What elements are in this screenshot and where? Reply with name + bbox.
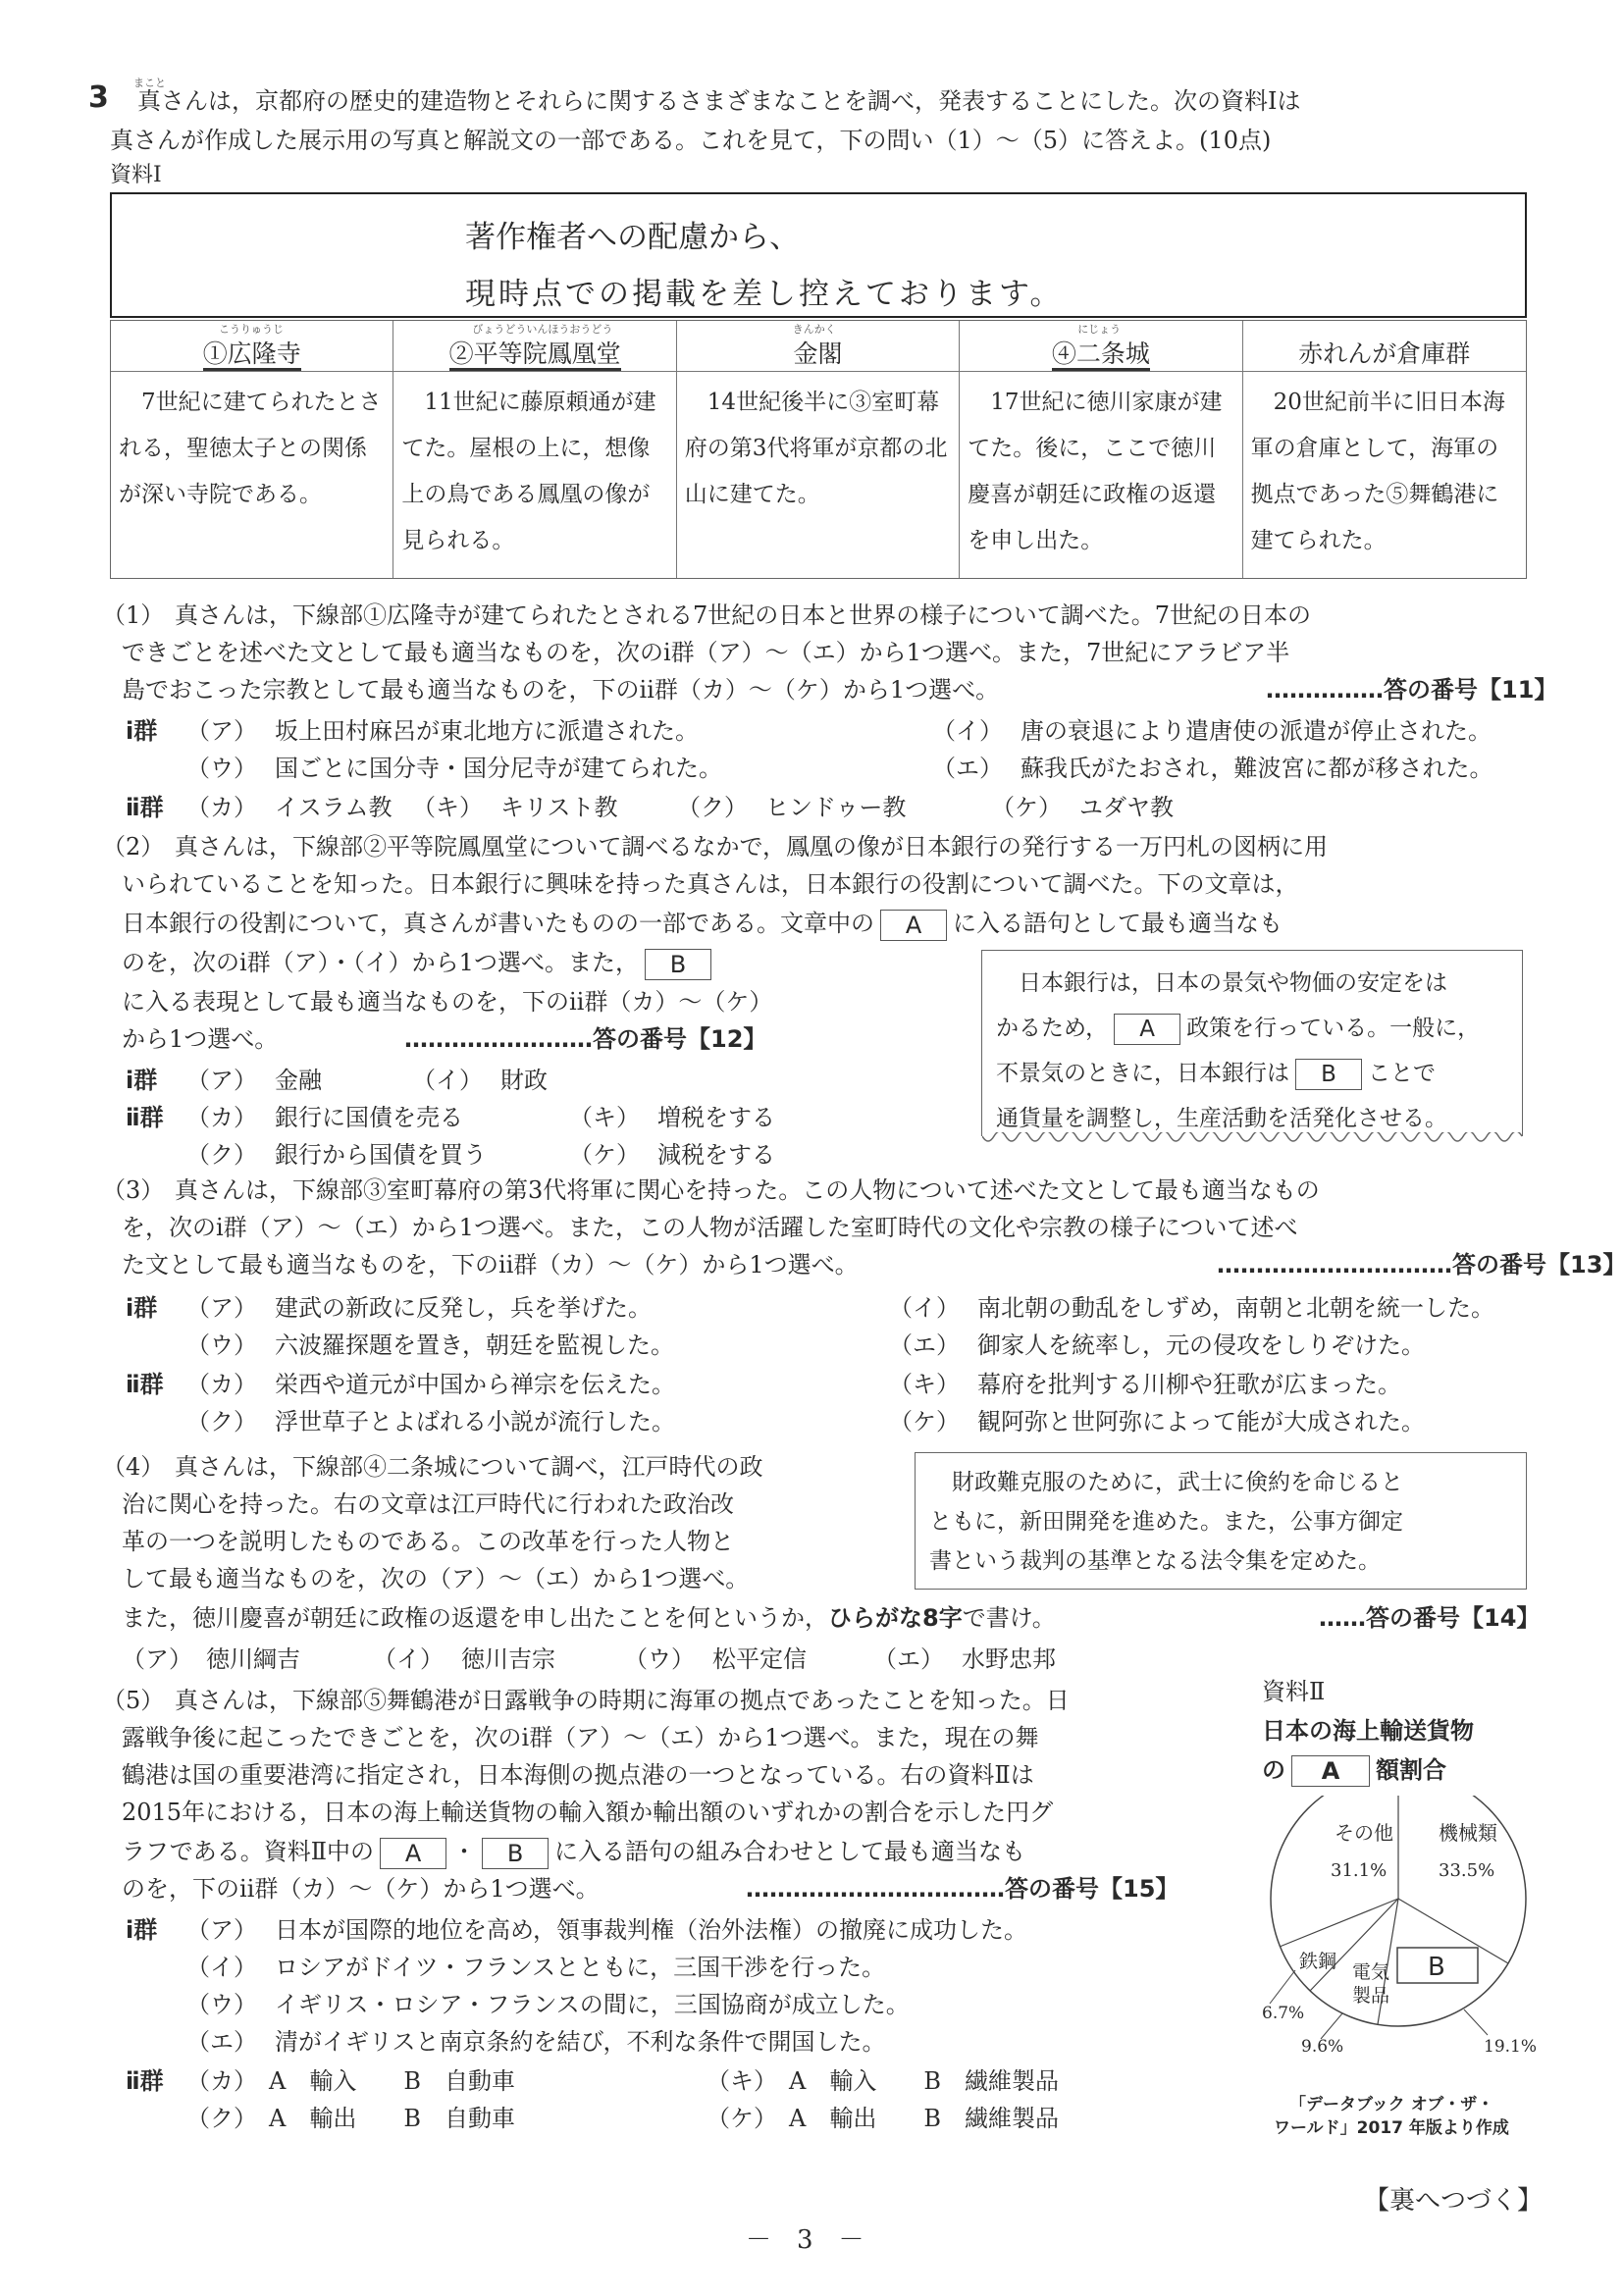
q2-group1-label: ⅰ群	[126, 1066, 157, 1095]
pie-label-electric: 電気製品	[1352, 1960, 1395, 2008]
q1-text-2: できごとを述べた文として最も適当なものを，次のⅰ群（ア）〜（エ）から1つ選べ。ま…	[122, 638, 1289, 667]
q1-option: （イ）	[932, 716, 1003, 746]
q3-option-text: 六波羅探題を置き，朝廷を監視した。	[275, 1331, 674, 1360]
q5-combo-option: （ケ） A 輸出 B 繊維製品	[707, 2104, 1059, 2133]
pie-value-electric: 9.6%	[1301, 2037, 1343, 2057]
q5-text-5: ラフである。資料Ⅱ中のA・Bに入る語句の組み合わせとして最も適当なも	[122, 1837, 1025, 1869]
copyright-notice-box: 著作権者への配慮から、 現時点での掲載を差し控えております。	[110, 192, 1527, 318]
buildings-table: こうりゅうじ①広隆寺 びょうどういんほうおうどう②平等院鳳凰堂 きんかく金閣 に…	[110, 320, 1527, 579]
q4-option: （イ）	[373, 1644, 444, 1674]
q2-option-text: 財政	[500, 1066, 548, 1095]
q2-text-6: から1つ選べ。	[122, 1024, 278, 1054]
q3-answer-number: …………………………答の番号【13】	[1217, 1250, 1623, 1279]
table-body-cell: 17世紀に徳川家康が建てた。後に，ここで徳川慶喜が朝廷に政権の返還を申し出た。	[960, 372, 1242, 578]
q5-group1-label: ⅰ群	[126, 1915, 157, 1945]
box-b: B	[482, 1838, 549, 1869]
pie-value-other: 31.1%	[1331, 1860, 1387, 1881]
q1-option: （ケ）	[991, 793, 1062, 822]
q3-option: （ク）	[186, 1407, 257, 1436]
q1-group2-label: ⅱ群	[126, 793, 164, 822]
q1-option-text: 坂上田村麻呂が東北地方に派遣された。	[275, 716, 699, 746]
page-number: － 3 －	[746, 2219, 864, 2256]
q3-text-3: た文として最も適当なものを，下のⅱ群（カ）〜（ケ）から1つ選べ。	[122, 1250, 859, 1279]
q2-option-text: 銀行に国債を売る	[275, 1103, 463, 1132]
q2-option-text: 金融	[275, 1066, 322, 1095]
q2-option-text: 減税をする	[657, 1140, 775, 1170]
q5-answer-number: ……………………………答の番号【15】	[746, 1874, 1178, 1904]
q1-text-3: 島でおこった宗教として最も適当なものを，下のⅱ群（カ）〜（ケ）から1つ選べ。	[122, 675, 999, 704]
pie-label-b: B	[1428, 1953, 1445, 1982]
question-number: 3	[88, 80, 109, 115]
q1-option: （ア）	[186, 716, 257, 746]
box-a: A	[1291, 1755, 1370, 1787]
q4-option: （ア）	[122, 1644, 192, 1674]
q5-text-3: 鶴港は国の重要港湾に指定され，日本海側の拠点港の一つとなっている。右の資料Ⅱは	[122, 1760, 1034, 1790]
pie-label-other: その他	[1335, 1817, 1393, 1846]
q2-text-4: のを，次のⅰ群（ア）・（イ）から1つ選べ。また，B	[122, 948, 717, 980]
q3-option-text: 観阿弥と世阿弥によって能が大成された。	[977, 1407, 1425, 1436]
wavy-border-decoration	[982, 1132, 1522, 1146]
material-2-pie-chart: 資料Ⅱ 日本の海上輸送貨物 のA額割合 機械類 33.5% その他 31.1% …	[1256, 1668, 1550, 2149]
q2-text-1: 真さんは，下線部②平等院鳳凰堂について調べるなかで，鳳凰の像が日本銀行の発行する…	[175, 832, 1328, 861]
q4-text-4: して最も適当なものを，次の（ア）〜（エ）から1つ選べ。	[122, 1564, 749, 1593]
box-a: A	[880, 910, 947, 941]
q1-answer-number: ……………答の番号【11】	[1266, 675, 1557, 704]
material-1-label: 資料Ⅰ	[110, 161, 162, 190]
q1-option-text: ユダヤ教	[1079, 793, 1174, 822]
box-b: B	[645, 949, 711, 980]
q4-option: （ウ）	[624, 1644, 695, 1674]
q5-option: （ウ）	[186, 1990, 257, 2019]
q4-option: （エ）	[873, 1644, 944, 1674]
table-body-cell: 11世紀に藤原頼通が建てた。屋根の上に，想像上の鳥である鳳凰の像が見られる。	[393, 372, 676, 578]
q4-option-text: 水野忠邦	[962, 1644, 1056, 1674]
q5-option-text: イギリス・ロシア・フランスの間に，三国協商が成立した。	[275, 1990, 910, 2019]
pie-value-machinery: 33.5%	[1439, 1860, 1494, 1881]
q3-option: （キ）	[889, 1370, 960, 1399]
q3-text-2: を，次のⅰ群（ア）〜（エ）から1つ選べ。また，この人物が活躍した室町時代の文化や…	[122, 1213, 1297, 1242]
table-header-cell: びょうどういんほうおうどう②平等院鳳凰堂	[393, 321, 676, 372]
notice-line-2: 現時点での掲載を差し控えております。	[465, 269, 1064, 313]
q2-text-2: いられていることを知った。日本銀行に興味を持った真さんは，日本銀行の役割について…	[122, 869, 1299, 899]
q1-option: （キ）	[412, 793, 483, 822]
q2-option-text: 銀行から国債を買う	[275, 1140, 487, 1170]
q2-answer-number: ……………………答の番号【12】	[404, 1024, 766, 1054]
q5-number: （5）	[102, 1686, 164, 1715]
q5-option: （イ）	[186, 1953, 257, 1982]
q3-option: （ウ）	[186, 1331, 257, 1360]
q2-number: （2）	[102, 832, 164, 861]
q5-text-2: 露戦争後に起こったできごとを，次のⅰ群（ア）〜（エ）から1つ選べ。また，現在の舞	[122, 1723, 1038, 1752]
q1-number: （1）	[102, 600, 164, 630]
q3-group1-label: ⅰ群	[126, 1293, 157, 1323]
q4-text-3: 革の一つを説明したものである。この改革を行った人物と	[122, 1527, 734, 1556]
q1-option: （カ）	[186, 793, 257, 822]
pie-value-steel: 6.7%	[1262, 2004, 1304, 2023]
intro-line-1: 真さんは，京都府の歴史的建造物とそれらに関するさまざまなことを調べ，発表すること…	[137, 86, 1300, 116]
q5-combo-option: （カ） A 輸入 B 自動車	[186, 2066, 515, 2096]
intro-line-2: 真さんが作成した展示用の写真と解説文の一部である。これを見て，下の問い（1）〜（…	[110, 126, 1271, 155]
q5-combo-option: （キ） A 輸入 B 繊維製品	[707, 2066, 1059, 2096]
q3-text-1: 真さんは，下線部③室町幕府の第3代将軍に関心を持った。この人物について述べた文と…	[175, 1175, 1320, 1205]
q3-option-text: 建武の新政に反発し，兵を挙げた。	[275, 1293, 652, 1323]
q1-option: （ク）	[677, 793, 748, 822]
q2-group2-label: ⅱ群	[126, 1103, 164, 1132]
q5-option-text: 日本が国際的地位を高め，領事裁判権（治外法権）の撤廃に成功した。	[275, 1915, 1027, 1945]
q5-text-6: のを，下のⅱ群（カ）〜（ケ）から1つ選べ。	[122, 1874, 600, 1904]
q3-option-text: 浮世草子とよばれる小説が流行した。	[275, 1407, 675, 1436]
table-body-cell: 14世紀後半に③室町幕府の第3代将軍が京都の北山に建てた。	[677, 372, 960, 578]
pie-title-line-1: 日本の海上輸送貨物	[1262, 1711, 1474, 1746]
q1-option-text: 唐の衰退により遣唐使の派遣が停止された。	[1021, 716, 1492, 746]
q4-reform-text-box: 財政難克服のために，武士に倹約を命じると ともに，新田開発を進めた。また，公事方…	[915, 1452, 1527, 1590]
q5-group2-label: ⅱ群	[126, 2066, 164, 2096]
q5-option: （ア）	[186, 1915, 257, 1945]
q3-option: （ア）	[186, 1293, 257, 1323]
q3-option: （イ）	[889, 1293, 960, 1323]
q5-text-4: 2015年における，日本の海上輸送貨物の輸入額か輸出額のいずれかの割合を示した円…	[122, 1798, 1053, 1827]
q2-option: （ク）	[186, 1140, 257, 1170]
q3-option-text: 栄西や道元が中国から禅宗を伝えた。	[275, 1370, 675, 1399]
q4-text-1: 真さんは，下線部④二条城について調べ，江戸時代の政	[175, 1452, 763, 1482]
pie-value-b: 19.1%	[1484, 2037, 1537, 2057]
table-body-cell: 7世紀に建てられたとされる，聖徳太子との関係が深い寺院である。	[111, 372, 393, 578]
table-header-cell: きんかく金閣	[677, 321, 960, 372]
pie-label-machinery: 機械類	[1439, 1817, 1497, 1846]
q2-option: （ケ）	[569, 1140, 640, 1170]
table-body-cell: 20世紀前半に旧日本海軍の倉庫として，海軍の拠点であった⑤舞鶴港に建てられた。	[1243, 372, 1526, 578]
box-b: B	[1295, 1059, 1362, 1090]
q2-option: （カ）	[186, 1103, 257, 1132]
q1-option-text: キリスト教	[500, 793, 618, 822]
table-header-cell: にじょう④二条城	[960, 321, 1242, 372]
q2-option: （キ）	[569, 1103, 640, 1132]
q1-text-1: 真さんは，下線部①広隆寺が建てられたとされる7世紀の日本と世界の様子について調べ…	[175, 600, 1311, 630]
q3-option: （カ）	[186, 1370, 257, 1399]
box-a: A	[380, 1838, 446, 1869]
pie-label-steel: 鉄鋼	[1299, 1947, 1336, 1973]
q4-option-text: 徳川吉宗	[461, 1644, 555, 1674]
q3-number: （3）	[102, 1175, 164, 1205]
q1-option-text: 蘇我氏がたおされ，難波宮に都が移された。	[1021, 754, 1492, 783]
q3-option-text: 幕府を批判する川柳や狂歌が広まった。	[977, 1370, 1401, 1399]
q3-option: （ケ）	[889, 1407, 960, 1436]
q2-option-text: 増税をする	[657, 1103, 775, 1132]
box-a: A	[1114, 1014, 1180, 1045]
q1-group1-label: ⅰ群	[126, 716, 157, 746]
q3-option: （エ）	[889, 1331, 960, 1360]
q4-text-5: また，徳川慶喜が朝廷に政権の返還を申し出たことを何というか，ひらがな8字で書け。	[122, 1603, 1056, 1633]
q2-box-line-1: 日本銀行は，日本の景気や物価の安定をは	[996, 961, 1508, 1006]
q2-option: （ア）	[186, 1066, 257, 1095]
q5-option: （エ）	[186, 2027, 257, 2057]
q4-option-text: 徳川綱吉	[206, 1644, 300, 1674]
q2-boj-text-box: 日本銀行は，日本の景気や物価の安定をは かるため，A政策を行っている。一般に， …	[981, 950, 1523, 1136]
q3-option-text: 御家人を統率し，元の侵攻をしりぞけた。	[977, 1331, 1425, 1360]
material-2-label: 資料Ⅱ	[1262, 1672, 1325, 1706]
table-header-cell: 赤れんが倉庫群	[1243, 321, 1526, 372]
q5-option-text: 清がイギリスと南京条約を結び，不利な条件で開国した。	[275, 2027, 886, 2057]
q1-option-text: 国ごとに国分寺・国分尼寺が建てられた。	[275, 754, 722, 783]
pie-source-line-2: ワールド」2017 年版より作成	[1274, 2113, 1509, 2138]
q4-answer-number: ……答の番号【14】	[1319, 1603, 1540, 1633]
q2-text-3: 日本銀行の役割について，真さんが書いたものの一部である。文章中のAに入る語句とし…	[122, 909, 1283, 941]
continue-to-back-notice: 【裏へつづく】	[1364, 2180, 1543, 2217]
table-header-cell: こうりゅうじ①広隆寺	[111, 321, 393, 372]
pie-source-line-1: 「データブック オブ・ザ・	[1289, 2090, 1493, 2114]
q4-text-2: 治に関心を持った。右の文章は江戸時代に行われた政治改	[122, 1489, 734, 1519]
q2-text-5: に入る表現として最も適当なものを，下のⅱ群（カ）〜（ケ）	[122, 987, 772, 1017]
q5-text-1: 真さんは，下線部⑤舞鶴港が日露戦争の時期に海軍の拠点であったことを知った。日	[175, 1686, 1070, 1715]
pie-title-line-2: のA額割合	[1262, 1750, 1446, 1787]
q4-number: （4）	[102, 1452, 164, 1482]
q3-group2-label: ⅱ群	[126, 1370, 164, 1399]
q4-option-text: 松平定信	[712, 1644, 807, 1674]
q3-option-text: 南北朝の動乱をしずめ，南朝と北朝を統一した。	[977, 1293, 1494, 1323]
q1-option-text: ヒンドゥー教	[765, 793, 906, 822]
notice-line-1: 著作権者への配慮から、	[465, 212, 800, 256]
q1-option: （エ）	[932, 754, 1003, 783]
q2-option: （イ）	[412, 1066, 483, 1095]
q5-option-text: ロシアがドイツ・フランスとともに，三国干渉を行った。	[275, 1953, 885, 1982]
q5-combo-option: （ク） A 輸出 B 自動車	[186, 2104, 515, 2133]
q1-option: （ウ）	[186, 754, 257, 783]
q1-option-text: イスラム教	[275, 793, 393, 822]
